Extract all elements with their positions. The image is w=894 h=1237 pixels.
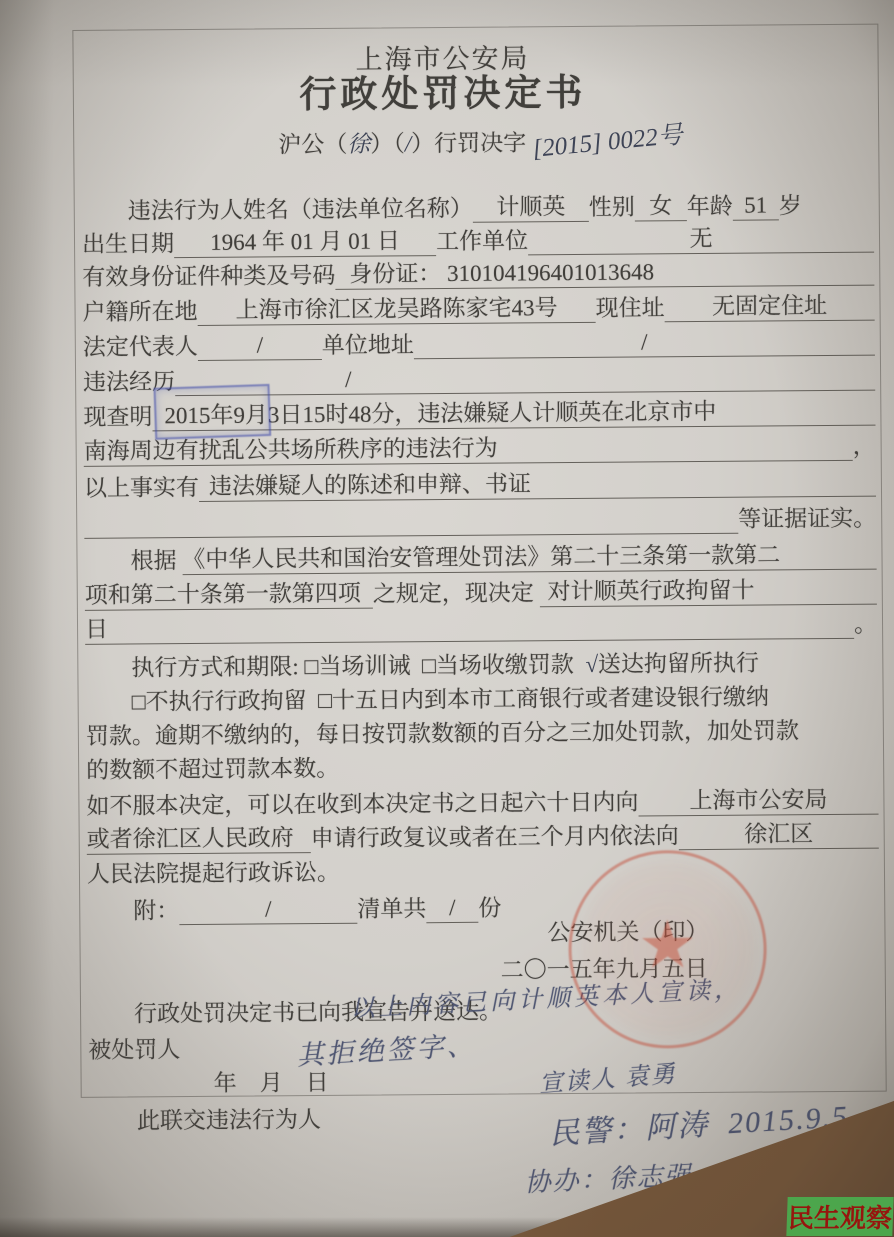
red-star-icon: ★ xyxy=(638,906,698,984)
basis-value-1: 《中华人民共和国治安管理处罚法》第二十三条第一款第二 xyxy=(182,540,876,575)
line-decision-2: 日 。 xyxy=(85,609,877,645)
domicile-label: 户籍所在地 xyxy=(82,297,197,327)
execution-options-text-2: □不执行行政拘留 □十五日内到本市工商银行或者建设银行缴纳 xyxy=(132,682,770,716)
evidence-suffix-text: 等证据证实。 xyxy=(738,504,876,534)
birthdate-value: 1964 年 01 月 01 日 xyxy=(174,226,436,258)
sex-label: 性别 xyxy=(589,193,635,222)
basis-label: 根据 xyxy=(130,546,182,575)
decision-mid-text: 之规定，现决定 xyxy=(373,578,540,608)
line-appeal-2: 或者徐汇区人民政府 申请行政复议或者在三个月内依法向 徐汇区 xyxy=(87,819,879,855)
work-value: 无 xyxy=(528,223,874,256)
document-content: 上海市公安局 行政处罚决定书 沪公（ 徐 ）（ / ）行罚决字 [2015] 0… xyxy=(0,0,894,1237)
execution-options-text: 执行方式和期限: □当场训诫 □当场收缴罚款 xyxy=(131,650,585,683)
line-execution: 执行方式和期限: □当场训诫 □当场收缴罚款 √ 送达拘留所执行 xyxy=(85,647,877,683)
unit-address-label: 单位地址 xyxy=(322,330,414,360)
document-number-line: 沪公（ 徐 ）（ / ）行罚决字 [2015] 0022号 xyxy=(278,121,878,160)
docno-bureau-handwritten: 徐 xyxy=(347,130,370,159)
evidence-label: 以上事实有 xyxy=(84,473,199,503)
appeal-text-1: 如不服本决定，可以在收到本决定书之日起六十日内向 xyxy=(86,788,638,821)
line-offender: 违法行为人姓名（违法单位名称） 计顺英 性别 女 年龄 51 岁 xyxy=(82,190,874,226)
line-evidence: 以上事实有 违法嫌疑人的陈述和申辩、书证 xyxy=(84,467,876,503)
sex-value: 女 xyxy=(635,191,687,221)
execution-checkmark: √ xyxy=(585,650,598,679)
id-value: 身份证： 310104196401013648 xyxy=(335,256,874,290)
punished-person-label: 被处罚人 xyxy=(88,1035,180,1065)
decision-period: 。 xyxy=(854,610,877,639)
offender-label: 违法行为人姓名（违法单位名称） xyxy=(128,194,473,226)
decision-value-2: 日 xyxy=(85,609,854,645)
line-punished-person: 被处罚人 xyxy=(88,1029,880,1065)
watermark-text: 民生观察 xyxy=(787,1198,892,1235)
birthdate-label: 出生日期 xyxy=(82,229,174,259)
age-unit: 岁 xyxy=(779,191,802,220)
line-representative: 法定代表人 / 单位地址 / xyxy=(83,326,875,362)
id-label: 有效身份证件种类及号码 xyxy=(82,261,335,292)
age-value: 51 xyxy=(733,190,779,220)
document-title-text: 行政处罚决定书 xyxy=(299,71,586,119)
line-basis-1: 根据 《中华人民共和国治安管理处罚法》第二十三条第一款第二 xyxy=(84,540,876,576)
execution-selected-text: 送达拘留所执行 xyxy=(598,649,759,679)
line-evidence-suffix: 等证据证实。 xyxy=(84,503,876,539)
attachment-label: 附： xyxy=(133,896,179,925)
representative-label: 法定代表人 xyxy=(83,332,198,362)
appeal-court: 徐汇区 xyxy=(679,819,879,851)
line-appeal-1: 如不服本决定，可以在收到本决定书之日起六十日内向 上海市公安局 xyxy=(86,785,878,821)
history-value: / xyxy=(175,361,875,396)
watermark-badge: 民生观察 xyxy=(786,1197,893,1236)
domicile-value: 上海市徐汇区龙吴路陈家宅43号 xyxy=(197,293,595,326)
appeal-text-3: 人民法院提起行政诉讼。 xyxy=(87,858,340,889)
copy-note-text: 此联交违法行为人 xyxy=(137,1105,321,1135)
line-basis-2: 项和第二十条第一款第四项 之规定，现决定 对计顺英行政拘留十 xyxy=(85,575,877,611)
line-execution-2: □不执行行政拘留 □十五日内到本市工商银行或者建设银行缴纳 xyxy=(86,681,878,717)
age-label: 年龄 xyxy=(687,192,733,221)
appeal-org-2: 或者徐汇区人民政府 xyxy=(87,823,311,855)
fine-terms-text-1: 罚款。逾期不缴纳的，每日按罚款数额的百分之三加处罚款，加处罚款 xyxy=(86,716,799,751)
document-title: 行政处罚决定书 xyxy=(0,67,890,122)
list-count-value: / xyxy=(426,893,478,923)
docno-suffix: ）行罚决字 xyxy=(411,128,526,158)
decision-value-1: 对计顺英行政拘留十 xyxy=(539,575,876,608)
attachment-value: / xyxy=(179,894,357,925)
unit-address-value: / xyxy=(414,326,875,360)
evidence-value: 违法嫌疑人的陈述和申辩、书证 xyxy=(199,467,876,502)
docno-prefix: 沪公（ xyxy=(278,130,347,160)
offender-name-value: 计顺英 xyxy=(473,192,589,223)
blue-date-stamp xyxy=(154,384,272,440)
current-address-label: 现住址 xyxy=(595,293,664,323)
current-address-value: 无固定住址 xyxy=(664,291,874,323)
date-blank-text: 年 月 日 xyxy=(214,1068,329,1098)
line-fine-terms-2: 的数额不超过罚款本数。 xyxy=(86,749,878,785)
line-appeal-3: 人民法院提起行政诉讼。 xyxy=(87,853,879,889)
line-fine-terms-1: 罚款。逾期不缴纳的，每日按罚款数额的百分之三加处罚款，加处罚款 xyxy=(86,715,878,751)
work-label: 工作单位 xyxy=(436,226,528,256)
list-count-label: 清单共 xyxy=(357,894,426,924)
line-birthdate: 出生日期 1964 年 01 月 01 日 工作单位 无 xyxy=(82,223,874,259)
line-id: 有效身份证件种类及号码 身份证： 310104196401013648 xyxy=(82,256,874,292)
red-official-seal: ★ xyxy=(568,850,768,1050)
findings-comma: ， xyxy=(853,432,876,461)
docno-mid: ）（ xyxy=(370,129,405,158)
appeal-org-1: 上海市公安局 xyxy=(638,785,878,817)
fine-terms-text-2: 的数额不超过罚款本数。 xyxy=(86,754,339,785)
list-count-unit: 份 xyxy=(478,894,501,923)
basis-value-2: 项和第二十条第一款第四项 xyxy=(85,579,373,611)
representative-value: / xyxy=(198,330,322,361)
appeal-text-2: 申请行政复议或者在三个月内依法向 xyxy=(311,821,679,853)
line-domicile: 户籍所在地 上海市徐汇区龙吴路陈家宅43号 现住址 无固定住址 xyxy=(82,291,874,327)
findings-label: 现查明 xyxy=(83,402,152,432)
